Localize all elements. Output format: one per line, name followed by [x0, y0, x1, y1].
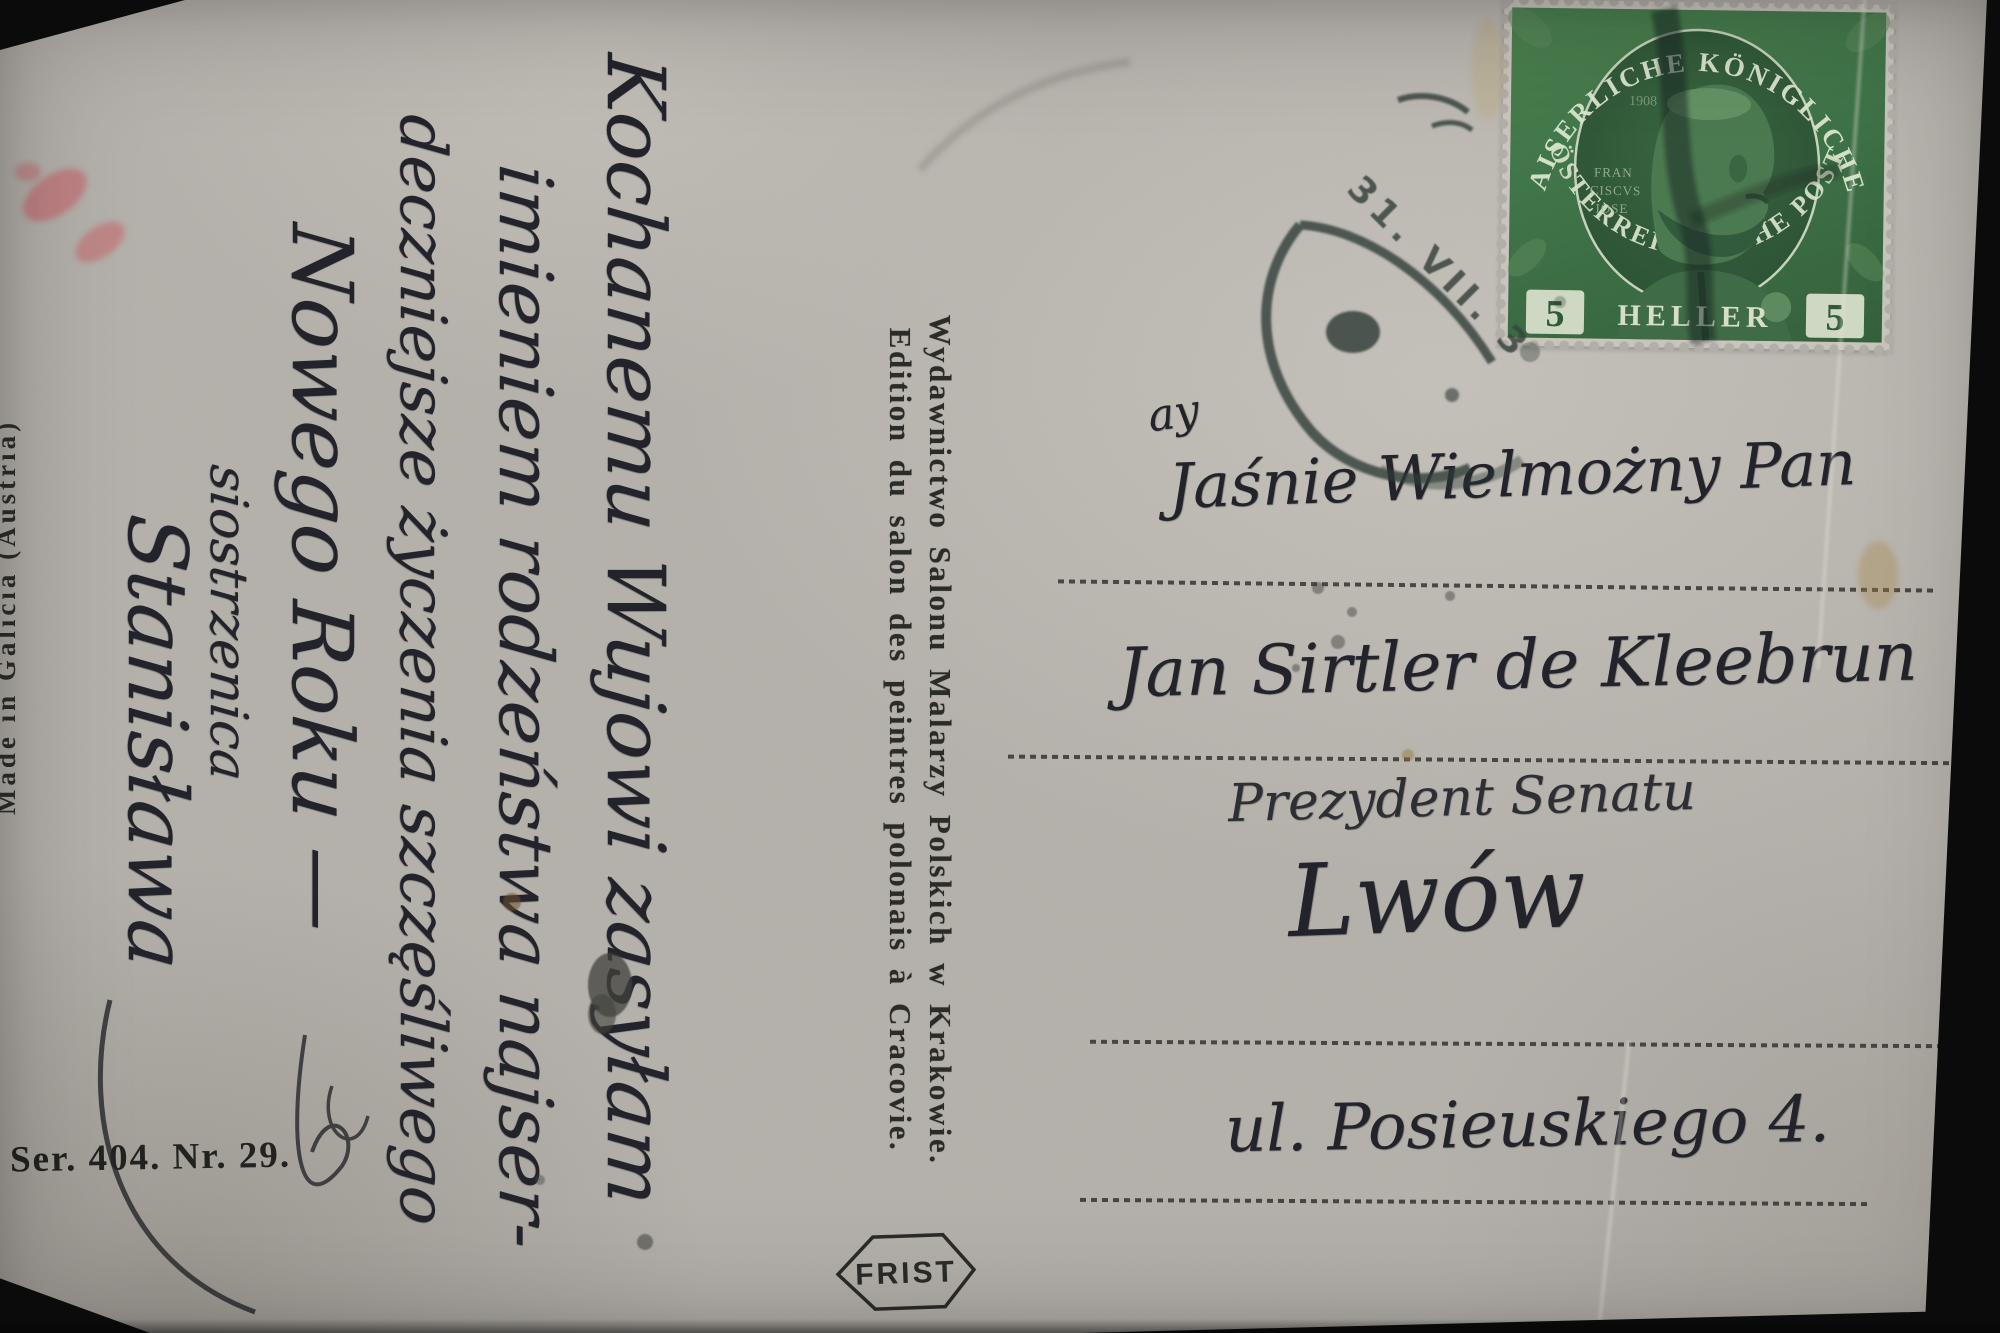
postcard-photo: Wydawnictwo Salonu Malarzy Polskich w Kr…: [0, 0, 2000, 1333]
stains-specks: [0, 0, 2000, 1333]
ink-speck-cluster: [1292, 582, 1455, 761]
photo-edge-bottom-shadow: [0, 1319, 2000, 1333]
